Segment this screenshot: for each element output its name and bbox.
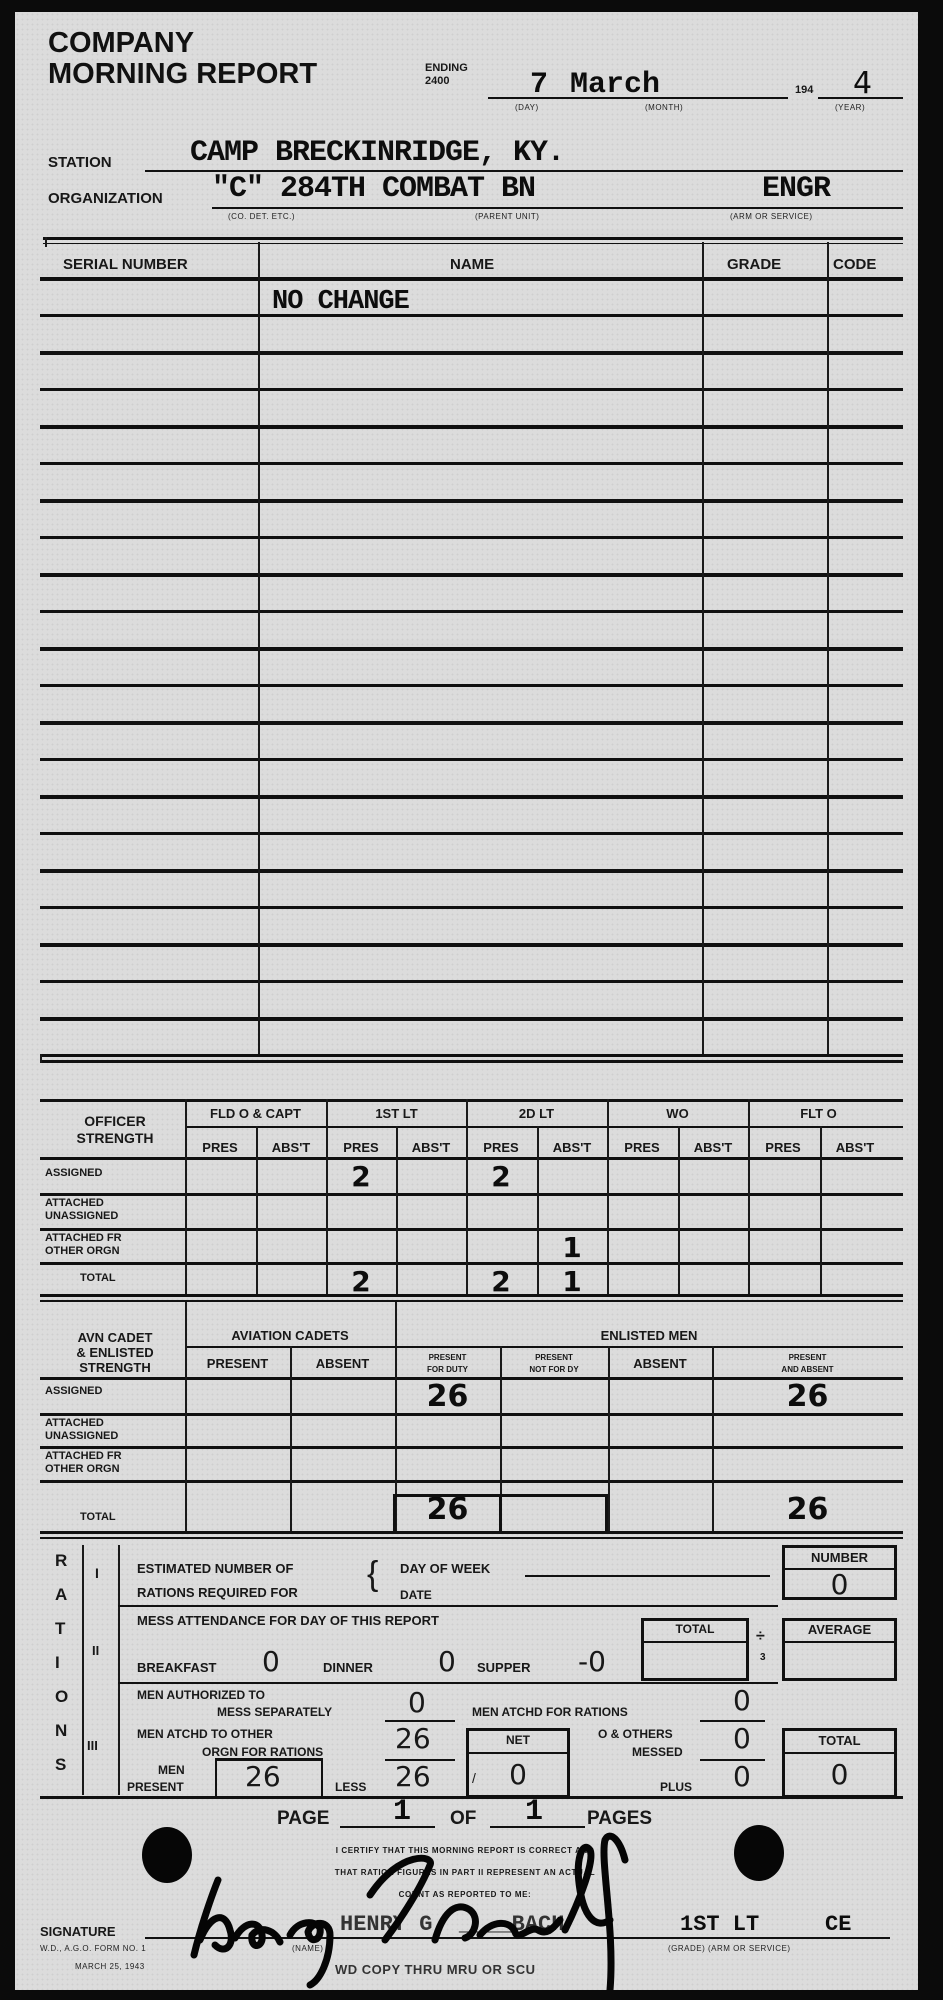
enlisted-title-line: & ENLISTED xyxy=(45,1345,185,1360)
officer-subcol-header: ABS'T xyxy=(537,1140,607,1155)
year-caption: (YEAR) xyxy=(835,103,865,112)
enlisted-row-label: ASSIGNED xyxy=(45,1385,102,1398)
binder-hole-right xyxy=(734,1825,784,1881)
enlisted-row-rule xyxy=(40,1480,903,1483)
others-label-2: MESSED xyxy=(632,1745,683,1759)
officer-cell[interactable] xyxy=(820,1265,890,1295)
officer-cell[interactable]: 2 xyxy=(326,1265,396,1295)
roster-row-line xyxy=(40,314,903,317)
officer-row-label-2: OTHER ORGN xyxy=(45,1245,122,1258)
officer-subcol-header: ABS'T xyxy=(396,1140,466,1155)
enlisted-cell[interactable]: 26 xyxy=(395,1380,500,1414)
enlisted-row-label-1: ATTACHED FR xyxy=(45,1450,122,1463)
roster-divider-grade xyxy=(827,242,829,1054)
wd-copy-note: WD COPY THRU MRU OR SCU xyxy=(335,1962,535,1977)
officer-cell[interactable]: 1 xyxy=(537,1231,607,1261)
brace-icon: { xyxy=(367,1555,378,1594)
enlisted-col-header-line: FOR DUTY xyxy=(395,1364,500,1376)
officer-cell[interactable] xyxy=(820,1231,890,1261)
officer-row-label-1: ASSIGNED xyxy=(45,1167,102,1180)
officer-cell[interactable] xyxy=(256,1196,326,1226)
officer-cell[interactable] xyxy=(396,1231,466,1261)
officer-cell[interactable] xyxy=(326,1231,396,1261)
rations-part1-rule xyxy=(118,1605,778,1607)
plus-label: PLUS xyxy=(660,1780,692,1794)
less-label: LESS xyxy=(335,1780,366,1794)
enlisted-col-header-line: PRESENT xyxy=(712,1352,903,1364)
enlisted-col-header-line: PRESENT xyxy=(500,1352,608,1364)
officer-cell[interactable] xyxy=(820,1196,890,1226)
enlisted-col-header-line: ABSENT xyxy=(608,1358,712,1370)
atchd-rations-label: MEN ATCHD FOR RATIONS xyxy=(472,1705,628,1719)
roster-row-line xyxy=(40,425,903,429)
officer-cell[interactable] xyxy=(185,1160,255,1190)
enlisted-row-label: ATTACHEDUNASSIGNED xyxy=(45,1417,118,1443)
officer-cell[interactable]: 2 xyxy=(326,1160,396,1190)
organization-value[interactable]: "C" 284TH COMBAT BN xyxy=(212,172,535,206)
station-label: STATION xyxy=(48,154,112,171)
officer-cell[interactable] xyxy=(466,1231,536,1261)
roster-row-line xyxy=(40,610,903,613)
officer-cell[interactable] xyxy=(748,1231,818,1261)
officer-top-rule xyxy=(40,1099,903,1102)
roster-top-rule xyxy=(43,237,903,240)
officer-subcol-header: PRES xyxy=(748,1140,818,1155)
atchd-rations-value[interactable]: 0 xyxy=(733,1684,751,1717)
officer-subcol-header: PRES xyxy=(607,1140,677,1155)
officer-row-label: ATTACHED FROTHER ORGN xyxy=(45,1232,122,1258)
signature-label: SIGNATURE xyxy=(40,1924,116,1939)
month-caption: (MONTH) xyxy=(645,103,683,112)
roster-row-line xyxy=(40,943,903,947)
mess-total-label: TOTAL xyxy=(641,1622,749,1636)
officer-cell[interactable] xyxy=(607,1265,677,1295)
auth-label-2: MESS SEPARATELY xyxy=(217,1705,332,1719)
officer-cell[interactable] xyxy=(185,1196,255,1226)
roster-row-line xyxy=(40,832,903,835)
enlisted-row-label-1: ATTACHED xyxy=(45,1417,118,1430)
rations-divider-2 xyxy=(118,1545,120,1795)
roman-ii: II xyxy=(92,1643,99,1658)
ending-time: 2400 xyxy=(425,75,468,88)
roster-row-line xyxy=(40,758,903,761)
enlisted-col-header-line: ABSENT xyxy=(290,1358,395,1370)
roster-bottom-double-rule xyxy=(40,1060,903,1063)
mess-total-rule xyxy=(641,1641,749,1643)
report-year-digit[interactable]: 4 xyxy=(853,66,872,101)
average-rule xyxy=(782,1641,897,1643)
enlisted-cell[interactable]: 26 xyxy=(712,1380,903,1414)
auth-value[interactable]: 0 xyxy=(408,1686,426,1719)
divide-icon: ÷ xyxy=(756,1628,765,1646)
roster-row-line xyxy=(40,647,903,651)
officer-cell[interactable] xyxy=(678,1265,748,1295)
roster-row-line xyxy=(40,980,903,983)
roster-row-line xyxy=(40,906,903,909)
rations-side-letter: N xyxy=(55,1721,67,1741)
officer-row-label-2: UNASSIGNED xyxy=(45,1210,118,1223)
officer-cell[interactable]: 1 xyxy=(537,1265,607,1295)
number-value[interactable]: 0 xyxy=(782,1568,897,1601)
total-label: TOTAL xyxy=(782,1733,897,1748)
mess-attendance-title: MESS ATTENDANCE FOR DAY OF THIS REPORT xyxy=(137,1613,439,1628)
dinner-value[interactable]: 0 xyxy=(438,1645,456,1678)
organization-underline xyxy=(212,207,903,209)
col-name: NAME xyxy=(450,256,494,273)
officer-cell[interactable] xyxy=(396,1160,466,1190)
roster-row-line xyxy=(40,1054,903,1057)
supper-label: SUPPER xyxy=(477,1660,530,1675)
officer-group-header: FLD O & CAPT xyxy=(185,1106,326,1121)
enlisted-title-line: AVN CADET xyxy=(45,1330,185,1345)
net-slash: / xyxy=(472,1770,476,1786)
enlisted-col-header: PRESENT xyxy=(185,1358,290,1370)
enlisted-row-label: TOTAL xyxy=(80,1511,116,1524)
rations-est-label-2: RATIONS REQUIRED FOR xyxy=(137,1585,298,1600)
roster-row-line xyxy=(40,684,903,687)
net-value[interactable]: 0 xyxy=(466,1758,570,1791)
divide-by-three: 3 xyxy=(760,1652,766,1663)
officer-row-label: ASSIGNED xyxy=(45,1167,102,1180)
roster-row-line xyxy=(40,573,903,577)
ending-text: ENDING xyxy=(425,62,468,75)
officer-group-header: 2D LT xyxy=(466,1106,607,1121)
col-grade: GRADE xyxy=(727,256,781,273)
rations-part2-rule xyxy=(118,1682,778,1684)
rations-side-letter: I xyxy=(55,1653,60,1673)
rations-side-letter: T xyxy=(55,1619,65,1639)
officer-bottom-rule-2 xyxy=(40,1300,903,1302)
enlisted-cell[interactable]: 26 xyxy=(712,1493,903,1527)
enlisted-row-label-2: OTHER ORGN xyxy=(45,1463,122,1476)
officer-cell[interactable] xyxy=(185,1265,255,1295)
enlisted-row-label-1: TOTAL xyxy=(80,1511,116,1524)
officer-subcol-header: PRES xyxy=(185,1140,255,1155)
enlisted-col-header-line: PRESENT xyxy=(185,1358,290,1370)
atchd-other-label-1: MEN ATCHD TO OTHER xyxy=(137,1727,273,1741)
enlisted-row-rule xyxy=(185,1346,903,1348)
grade-caption: (GRADE) (ARM OR SERVICE) xyxy=(668,1944,791,1953)
day-of-week-label: DAY OF WEEK xyxy=(400,1561,490,1576)
plus-value[interactable]: 0 xyxy=(733,1760,751,1793)
officer-row-label: ATTACHEDUNASSIGNED xyxy=(45,1197,118,1223)
rations-side-letter: O xyxy=(55,1687,68,1707)
officer-row-label-1: ATTACHED FR xyxy=(45,1232,122,1245)
officer-group-header: FLT O xyxy=(748,1106,889,1121)
officer-subcol-header: ABS'T xyxy=(678,1140,748,1155)
roster-left-tick xyxy=(45,237,47,247)
officer-cell[interactable] xyxy=(607,1196,677,1226)
enlisted-row-label-2: UNASSIGNED xyxy=(45,1430,118,1443)
signer-arm: CE xyxy=(825,1912,851,1937)
report-day[interactable]: 7 xyxy=(530,68,548,102)
roster-row-line xyxy=(40,869,903,873)
total-box-rule xyxy=(782,1752,897,1754)
officer-strength-title: OFFICER STRENGTH xyxy=(45,1113,185,1147)
others-value[interactable]: 0 xyxy=(733,1722,751,1755)
officer-cell[interactable] xyxy=(326,1196,396,1226)
net-rule xyxy=(466,1752,570,1754)
officer-row-label-1: ATTACHED xyxy=(45,1197,118,1210)
enlisted-col-header-line: PRESENT xyxy=(395,1352,500,1364)
men-present-label-1: MEN xyxy=(158,1763,185,1777)
roster-entry-name[interactable]: NO CHANGE xyxy=(272,287,409,317)
ending-label: ENDING 2400 xyxy=(425,62,468,88)
station-value[interactable]: CAMP BRECKINRIDGE, KY. xyxy=(190,136,564,170)
officer-cell[interactable] xyxy=(678,1196,748,1226)
enlisted-strength-title: AVN CADET& ENLISTEDSTRENGTH xyxy=(45,1330,185,1375)
officer-cell[interactable] xyxy=(537,1196,607,1226)
rations-side-letter: A xyxy=(55,1585,67,1605)
less-value[interactable]: 26 xyxy=(395,1760,431,1793)
enlisted-bottom-rule-2 xyxy=(40,1537,903,1539)
officer-cell[interactable] xyxy=(748,1160,818,1190)
day-caption: (DAY) xyxy=(515,103,539,112)
officer-group-rule xyxy=(185,1126,903,1128)
officer-subcol-header: ABS'T xyxy=(256,1140,326,1155)
roster-row-line xyxy=(40,1017,903,1021)
supper-value[interactable]: -0 xyxy=(578,1645,606,1678)
breakfast-value[interactable]: 0 xyxy=(262,1645,280,1678)
officer-cell[interactable] xyxy=(537,1160,607,1190)
roster-row-line xyxy=(40,795,903,799)
officer-cell[interactable] xyxy=(678,1231,748,1261)
men-present-label-2: PRESENT xyxy=(127,1780,184,1794)
total-value[interactable]: 0 xyxy=(782,1758,897,1791)
officer-group-header: 1ST LT xyxy=(326,1106,467,1121)
enlisted-col-header-line: AND ABSENT xyxy=(712,1364,903,1376)
col-code: CODE xyxy=(833,256,876,273)
form-title: COMPANY MORNING REPORT xyxy=(48,28,317,90)
roster-row-line xyxy=(40,388,903,391)
roster-row-line xyxy=(40,462,903,465)
officer-title-1: OFFICER xyxy=(45,1113,185,1130)
number-label: NUMBER xyxy=(782,1550,897,1565)
officer-cell[interactable] xyxy=(396,1196,466,1226)
others-label-1: O & OTHERS xyxy=(598,1727,673,1741)
officer-cell[interactable]: 2 xyxy=(466,1265,536,1295)
rations-est-label-1: ESTIMATED NUMBER OF xyxy=(137,1561,293,1576)
roster-divider-serial xyxy=(258,242,260,1054)
roman-i: I xyxy=(95,1565,99,1581)
officer-cell[interactable] xyxy=(607,1231,677,1261)
officer-cell[interactable] xyxy=(256,1160,326,1190)
officer-subcol-header: PRES xyxy=(466,1140,536,1155)
rations-side-letter: R xyxy=(55,1551,67,1571)
officer-subcol-header: ABS'T xyxy=(820,1140,890,1155)
form-number: W.D., A.G.O. FORM NO. 1 xyxy=(40,1944,146,1953)
enlisted-col-divider xyxy=(608,1346,610,1531)
co-caption: (CO. DET. ETC.) xyxy=(228,212,295,221)
enlisted-men-header: ENLISTED MEN xyxy=(395,1328,903,1343)
officer-group-header: WO xyxy=(607,1106,748,1121)
col-serial-number: SERIAL NUMBER xyxy=(63,256,188,273)
rations-side-letter: S xyxy=(55,1755,66,1775)
enlisted-col-divider xyxy=(290,1346,292,1531)
enlisted-title-line: STRENGTH xyxy=(45,1360,185,1375)
officer-row-label: TOTAL xyxy=(80,1272,116,1285)
name-caption: (NAME) xyxy=(292,1944,323,1953)
atchd-other-value[interactable]: 26 xyxy=(395,1722,431,1755)
day-of-week-field[interactable] xyxy=(525,1575,770,1577)
enlisted-col-header: PRESENTFOR DUTY xyxy=(395,1352,500,1376)
enlisted-row-label-1: ASSIGNED xyxy=(45,1385,102,1398)
year-prefix: 194 xyxy=(795,84,813,96)
enlisted-col-header: ABSENT xyxy=(608,1358,712,1370)
roster-row-line xyxy=(40,499,903,503)
form-date: MARCH 25, 1943 xyxy=(75,1962,145,1971)
officer-cell[interactable] xyxy=(607,1160,677,1190)
enlisted-col-header: ABSENT xyxy=(290,1358,395,1370)
title-line-2: MORNING REPORT xyxy=(48,59,317,90)
officer-cell[interactable] xyxy=(256,1231,326,1261)
officer-cell[interactable] xyxy=(678,1160,748,1190)
atchd-other-label-2: ORGN FOR RATIONS xyxy=(202,1745,323,1759)
officer-cell[interactable] xyxy=(185,1231,255,1261)
total-box-divider xyxy=(499,1494,502,1534)
roster-top-rule-2 xyxy=(43,243,903,244)
title-line-1: COMPANY xyxy=(48,28,317,59)
enlisted-row-label: ATTACHED FROTHER ORGN xyxy=(45,1450,122,1476)
officer-cell[interactable] xyxy=(748,1265,818,1295)
roster-row-line xyxy=(40,351,903,355)
dinner-label: DINNER xyxy=(323,1660,373,1675)
arm-value[interactable]: ENGR xyxy=(762,172,830,206)
officer-cell[interactable] xyxy=(466,1196,536,1226)
enlisted-row-rule xyxy=(40,1446,903,1449)
net-label: NET xyxy=(466,1733,570,1747)
officer-cell[interactable] xyxy=(256,1265,326,1295)
officer-cell[interactable] xyxy=(748,1196,818,1226)
rations-divider-1 xyxy=(82,1545,84,1795)
breakfast-label: BREAKFAST xyxy=(137,1660,216,1675)
officer-cell[interactable] xyxy=(396,1265,466,1295)
officer-subcol-header: PRES xyxy=(326,1140,396,1155)
roster-divider-name xyxy=(702,242,704,1054)
enlisted-col-header-line: NOT FOR DY xyxy=(500,1364,608,1376)
roster-row-line xyxy=(40,277,903,281)
date-label: DATE xyxy=(400,1588,432,1602)
auth-label-1: MEN AUTHORIZED TO xyxy=(137,1688,265,1702)
officer-title-2: STRENGTH xyxy=(45,1130,185,1147)
enlisted-col-header: PRESENTAND ABSENT xyxy=(712,1352,903,1376)
officer-row-label-1: TOTAL xyxy=(80,1272,116,1285)
parent-caption: (PARENT UNIT) xyxy=(475,212,539,221)
average-label: AVERAGE xyxy=(782,1622,897,1637)
arm-caption: (ARM OR SERVICE) xyxy=(730,212,813,221)
report-month[interactable]: March xyxy=(570,68,660,102)
aviation-cadets-header: AVIATION CADETS xyxy=(185,1328,395,1343)
organization-label: ORGANIZATION xyxy=(48,190,163,207)
roster-row-line xyxy=(40,536,903,539)
roster-row-line xyxy=(40,721,903,725)
roster-bottom-tick xyxy=(40,1054,42,1063)
officer-cell[interactable]: 2 xyxy=(466,1160,536,1190)
officer-cell[interactable] xyxy=(820,1160,890,1190)
enlisted-col-header: PRESENTNOT FOR DY xyxy=(500,1352,608,1376)
men-present-value[interactable]: 26 xyxy=(245,1760,281,1793)
roman-iii: III xyxy=(87,1738,98,1753)
